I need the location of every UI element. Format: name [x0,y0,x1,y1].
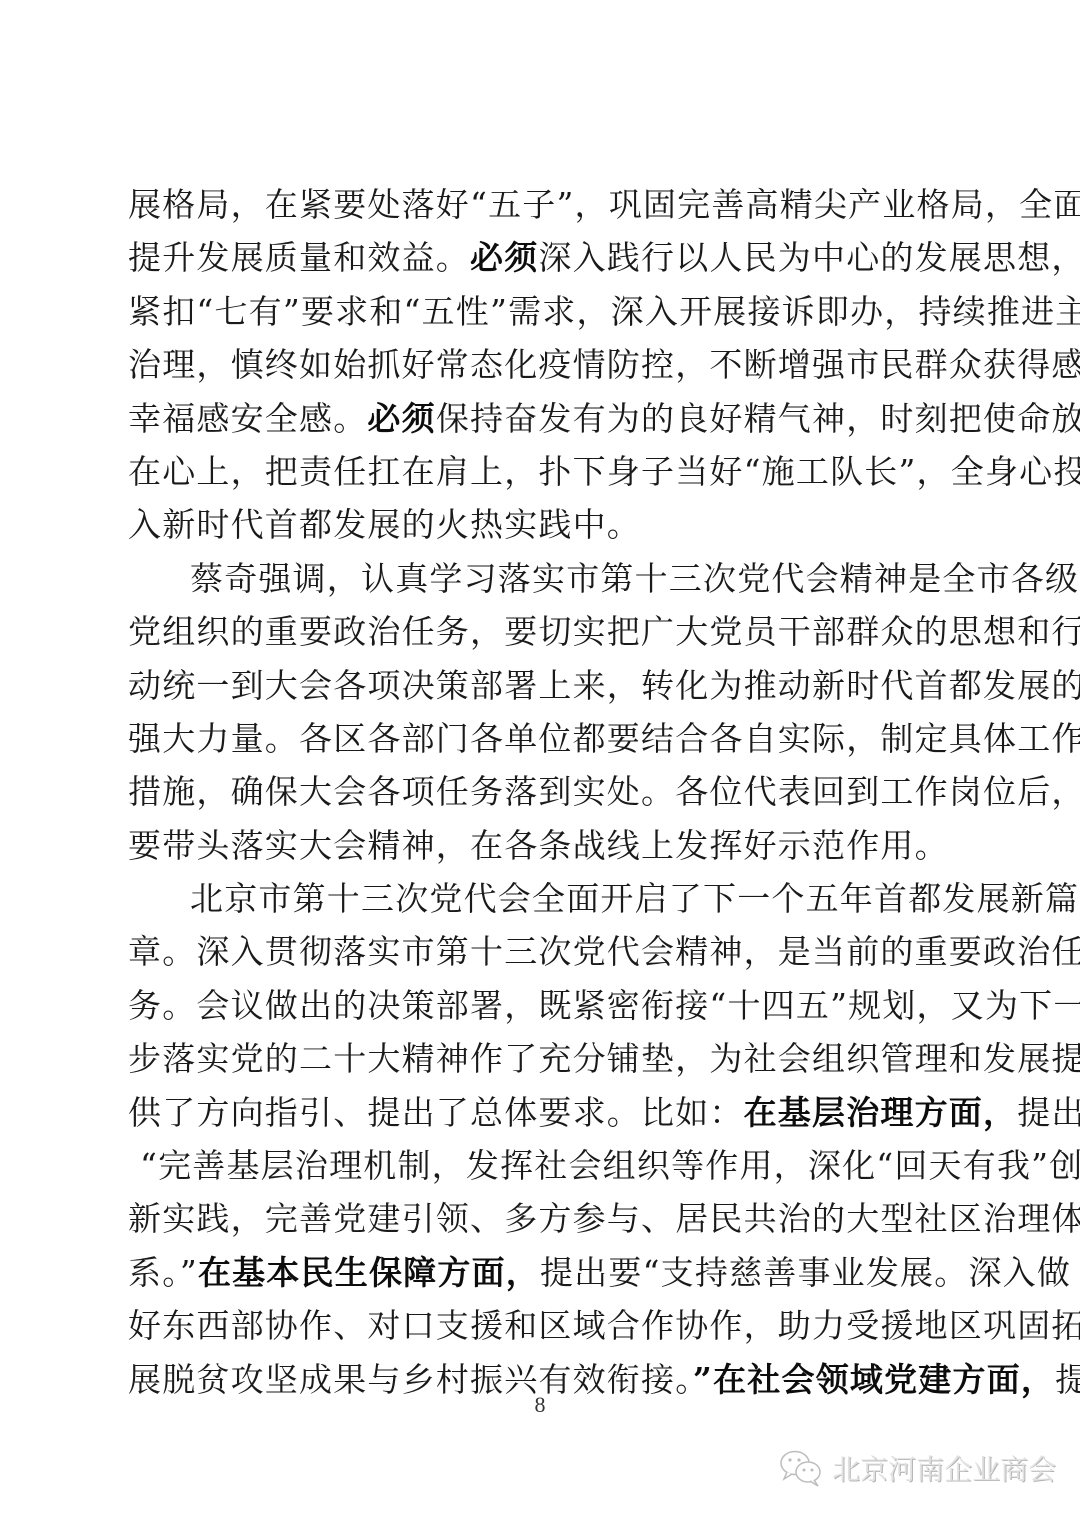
text-line: “完善基层治理机制，发挥社会组织等作用，深化“回天有我”创 [128,1139,952,1192]
text-segment: 措施，确保大会各项任务落到实处。各位代表回到工作岗位后， [128,772,1080,811]
text-segment: 北京市第十三次党代会全面开启了下一个五年首都发展新篇 [190,879,1079,918]
text-line: 新实践，完善党建引领、多方参与、居民共治的大型社区治理体 [128,1192,952,1245]
text-segment: 深入践行以人民为中心的发展思想， [538,238,1080,277]
bold-text-segment: 在基本民生保障方面， [198,1253,540,1292]
text-line: 在心上，把责任扛在肩上，扑下身子当好“施工队长”，全身心投 [128,445,952,498]
text-line: 步落实党的二十大精神作了充分铺垫，为社会组织管理和发展提 [128,1032,952,1085]
watermark-text: 北京河南企业商会 [832,1448,1056,1488]
text-segment: 提出 [1017,1093,1080,1132]
text-segment: 在心上，把责任扛在肩上，扑下身子当好“施工队长”，全身心投 [128,452,1080,491]
text-line: 幸福感安全感。必须保持奋发有为的良好精气神，时刻把使命放 [128,392,952,445]
text-segment: 系。” [128,1253,198,1292]
text-segment: 党组织的重要政治任务，要切实把广大党员干部群众的思想和行 [128,612,1080,651]
text-segment: 蔡奇强调，认真学习落实市第十三次党代会精神是全市各级 [190,559,1079,598]
text-line: 强大力量。各区各部门各单位都要结合各自实际，制定具体工作 [128,712,952,765]
text-segment: 提出要“支持慈善事业发展。深入做 [540,1253,1071,1292]
text-line: 蔡奇强调，认真学习落实市第十三次党代会精神是全市各级 [128,552,952,605]
text-segment: 章。深入贯彻落实市第十三次党代会精神，是当前的重要政治任 [128,932,1080,971]
text-segment: 新实践，完善党建引领、多方参与、居民共治的大型社区治理体 [128,1199,1080,1238]
text-line: 紧扣“七有”要求和“五性”需求，深入开展接诉即办，持续推进主动 [128,285,952,338]
text-line: 章。深入贯彻落实市第十三次党代会精神，是当前的重要政治任 [128,925,952,978]
text-segment: 治理，慎终如始抓好常态化疫情防控，不断增强市民群众获得感 [128,345,1080,384]
page-number: 8 [0,1392,1080,1418]
text-segment: 紧扣“七有”要求和“五性”需求，深入开展接诉即办，持续推进主动 [128,292,1080,331]
text-line: 动统一到大会各项决策部署上来，转化为推动新时代首都发展的 [128,659,952,712]
text-segment: 供了方向指引、提出了总体要求。比如： [128,1093,744,1132]
text-segment: 保持奋发有为的良好精气神，时刻把使命放 [436,399,1080,438]
bold-text-segment: 在基层治理方面， [744,1093,1018,1132]
text-segment: 好东西部协作、对口支援和区域合作协作，助力受援地区巩固拓 [128,1306,1080,1345]
text-line: 系。”在基本民生保障方面，提出要“支持慈善事业发展。深入做 [128,1246,952,1299]
text-line: 党组织的重要政治任务，要切实把广大党员干部群众的思想和行 [128,605,952,658]
text-segment: 强大力量。各区各部门各单位都要结合各自实际，制定具体工作 [128,719,1080,758]
text-segment: “完善基层治理机制，发挥社会组织等作用，深化“回天有我”创 [140,1146,1080,1185]
text-line: 展格局，在紧要处落好“五子”，巩固完善高精尖产业格局，全面 [128,178,952,231]
text-line: 北京市第十三次党代会全面开启了下一个五年首都发展新篇 [128,872,952,925]
text-line: 措施，确保大会各项任务落到实处。各位代表回到工作岗位后， [128,765,952,818]
text-segment: 务。会议做出的决策部署，既紧密衔接“十四五”规划，又为下一 [128,986,1080,1025]
text-segment: 动统一到大会各项决策部署上来，转化为推动新时代首都发展的 [128,666,1080,705]
text-segment: 幸福感安全感。 [128,399,367,438]
text-line: 务。会议做出的决策部署，既紧密衔接“十四五”规划，又为下一 [128,979,952,1032]
text-segment: 要带头落实大会精神，在各条战线上发挥好示范作用。 [128,826,949,865]
wechat-icon [778,1448,824,1488]
text-line: 要带头落实大会精神，在各条战线上发挥好示范作用。 [128,819,952,872]
text-line: 好东西部协作、对口支援和区域合作协作，助力受援地区巩固拓 [128,1299,952,1352]
text-line: 供了方向指引、提出了总体要求。比如：在基层治理方面，提出 [128,1086,952,1139]
text-segment: 提升发展质量和效益。 [128,238,470,277]
bold-text-segment: 必须 [470,238,538,277]
text-line: 提升发展质量和效益。必须深入践行以人民为中心的发展思想， [128,231,952,284]
text-line: 入新时代首都发展的火热实践中。 [128,498,952,551]
text-line: 治理，慎终如始抓好常态化疫情防控，不断增强市民群众获得感 [128,338,952,391]
text-segment: 展格局，在紧要处落好“五子”，巩固完善高精尖产业格局，全面 [128,185,1080,224]
text-segment: 步落实党的二十大精神作了充分铺垫，为社会组织管理和发展提 [128,1039,1080,1078]
watermark: 北京河南企业商会 [778,1448,1056,1488]
bold-text-segment: 必须 [367,399,435,438]
text-segment: 入新时代首都发展的火热实践中。 [128,505,641,544]
document-body: 展格局，在紧要处落好“五子”，巩固完善高精尖产业格局，全面提升发展质量和效益。必… [128,178,952,1406]
